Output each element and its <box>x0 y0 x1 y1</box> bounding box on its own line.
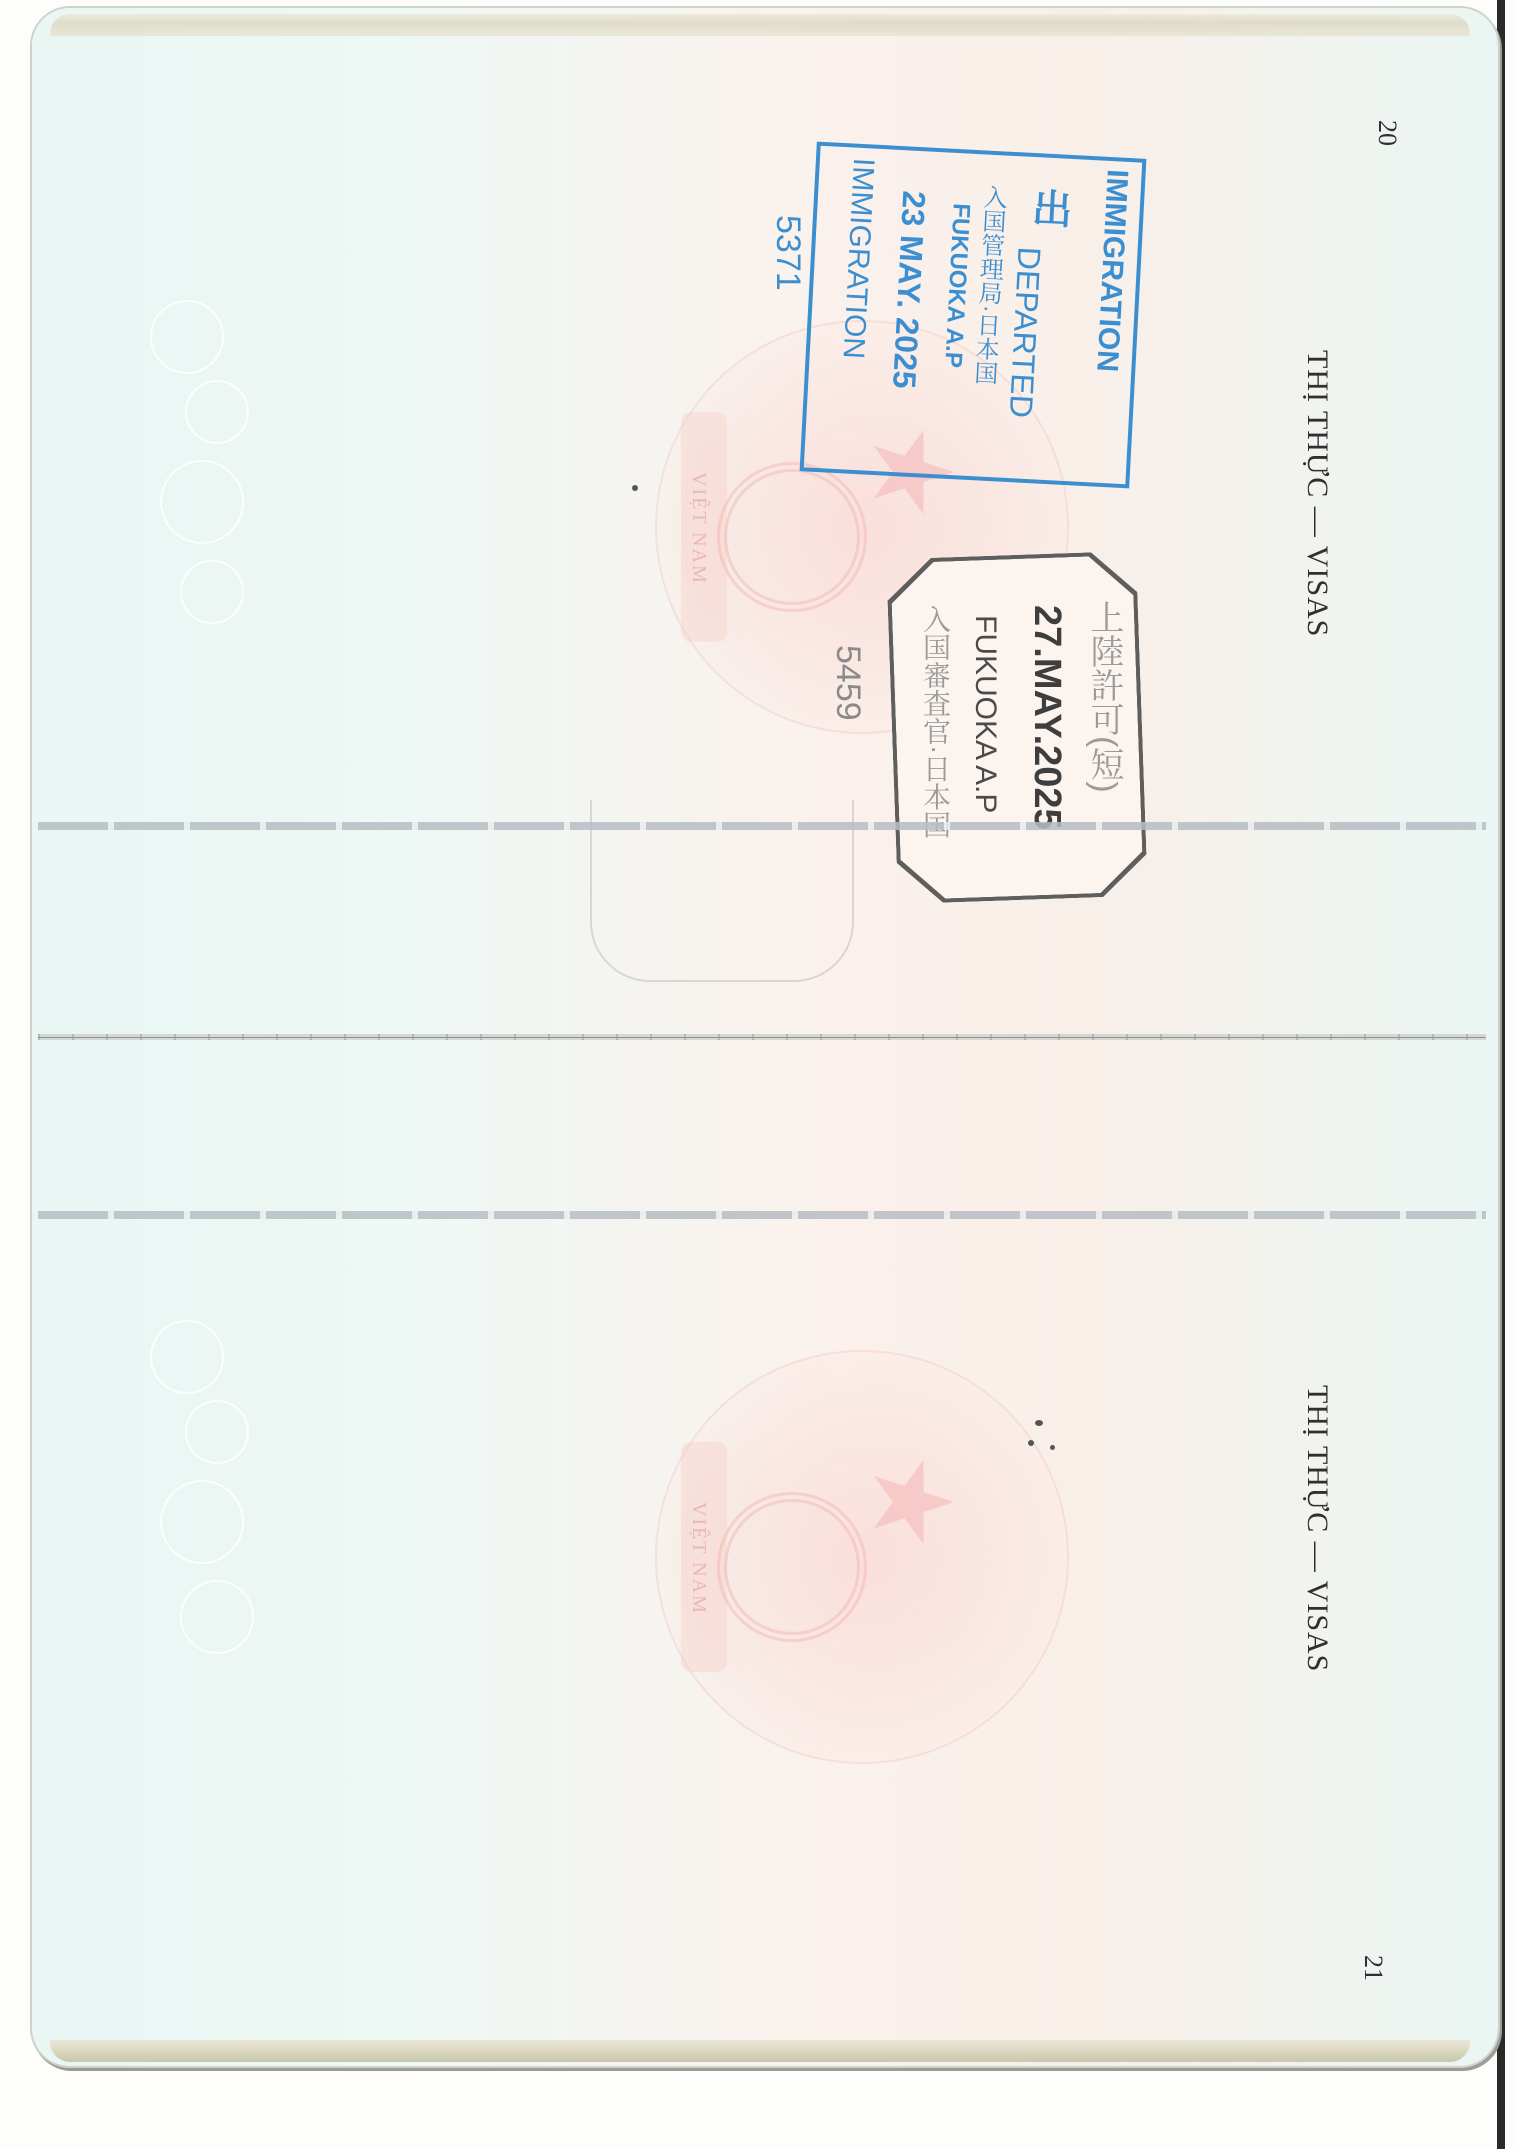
departure-stamp: IMMIGRATION 出 DEPARTED 入国管理局·日本国 FUKUOKA… <box>800 142 1147 489</box>
page-number: 21 <box>1358 1955 1388 1981</box>
floral-watermark <box>185 380 249 444</box>
landing-stamp-header: 上陸許可(短) <box>1080 600 1129 793</box>
departure-serial: 5371 <box>768 215 807 291</box>
landing-stamp-date: 27.MAY.2025 <box>1025 605 1068 830</box>
landing-serial: 5459 <box>828 645 867 721</box>
scanner-edge-bar <box>1497 0 1505 2149</box>
landing-stamp-footer: 入国審査官·日本国 <box>915 605 955 838</box>
page-title: THỊ THỰC — VISAS <box>1300 350 1334 637</box>
national-emblem-watermark: VIỆT NAM ★ <box>655 1350 1069 1764</box>
microprint-band <box>38 822 1486 830</box>
landing-stamp-port: FUKUOKA A.P <box>968 615 1002 813</box>
floral-watermark <box>180 560 244 624</box>
floral-watermark <box>150 300 224 374</box>
stamp-footer: IMMIGRATION <box>836 157 880 360</box>
ink-speck <box>632 485 638 491</box>
stamp-header: IMMIGRATION <box>1089 168 1134 372</box>
spine-fold <box>38 1037 1486 1038</box>
star-icon: ★ <box>856 1453 966 1552</box>
stamp-date: 23 MAY. 2025 <box>885 190 932 390</box>
emblem-gear <box>717 1492 867 1642</box>
floral-watermark <box>160 460 244 544</box>
emblem-text: VIỆT NAM <box>687 1502 710 1615</box>
ink-speck <box>1050 1445 1055 1450</box>
ink-speck <box>1028 1440 1034 1446</box>
stamp-mark: 出 <box>1020 186 1079 229</box>
emblem-text: VIỆT NAM <box>687 472 710 585</box>
page-number: 20 <box>1372 120 1402 146</box>
page-edge-top <box>50 14 1470 36</box>
ink-speck <box>1035 1420 1043 1426</box>
stamp-status: DEPARTED <box>1002 246 1048 419</box>
emblem-gear <box>717 462 867 612</box>
page-edge-bottom <box>50 2040 1470 2062</box>
page-title: THỊ THỰC — VISAS <box>1300 1385 1334 1672</box>
